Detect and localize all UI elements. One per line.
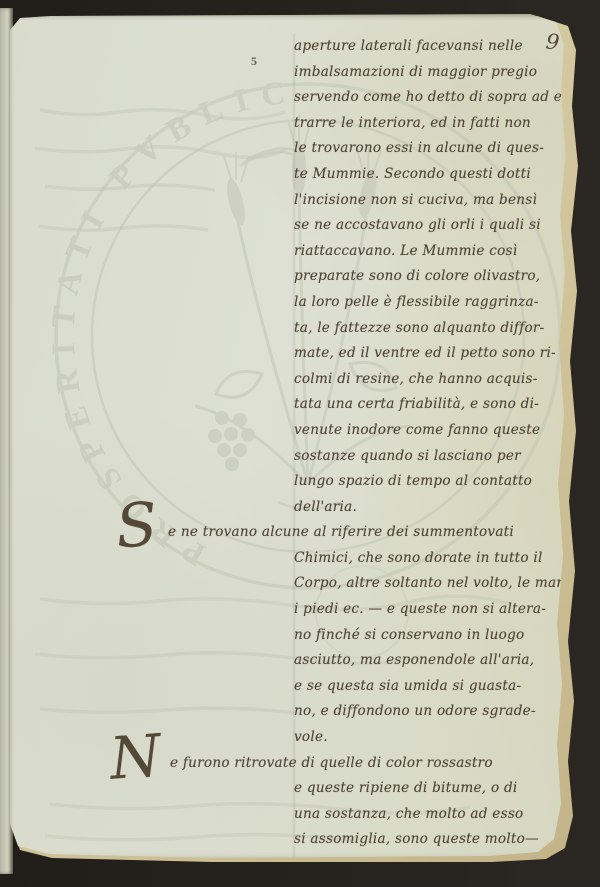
text-line: mate, ed il ventre ed il petto sono ri- — [294, 341, 570, 367]
text-line: imbalsamazioni di maggior pregio — [294, 60, 570, 86]
leaf-stamp-number: 5 — [251, 54, 257, 69]
text-line: se ne accostavano gli orli i quali si — [294, 213, 570, 239]
text-line: riattaccavano. Le Mummie così — [294, 239, 570, 265]
text-line: preparate sono di colore olivastro, — [294, 264, 570, 290]
paragraph-initial: S — [116, 525, 157, 528]
text-line: le trovarono essi in alcune di ques- — [294, 136, 570, 162]
text-line: venute inodore come fanno queste — [294, 418, 570, 444]
text-line: ta, le fattezze sono alquanto diffor- — [294, 316, 570, 342]
text-line: tata una certa friabilità, e sono di- — [294, 392, 570, 418]
text-line: e se questa sia umida si guasta- — [294, 674, 570, 700]
paragraph-first-line: S e ne trovano alcune al riferire dei su… — [142, 520, 570, 546]
text-line: una sostanza, che molto ad esso — [294, 802, 570, 828]
text-line: si assomiglia, sono queste molto— — [294, 827, 570, 853]
text-line: sostanze quando si lasciano per — [294, 444, 570, 470]
text-line: vole. — [294, 725, 570, 751]
text-line: no finché si conservano in luogo — [294, 623, 570, 649]
text-line: Corpo, altre soltanto nel volto, le mani… — [294, 571, 570, 597]
text-line: dell'aria. — [294, 495, 570, 521]
text-line: colmi di resine, che hanno acquis- — [294, 367, 570, 393]
text-line: trarre le interiora, ed in fatti non — [294, 111, 570, 137]
text-line: servendo come ho detto di sopra ad es- — [294, 85, 570, 111]
text-line: asciutto, ma esponendole all'aria, — [294, 648, 570, 674]
text-line: te Mummie. Secondo questi dotti — [294, 162, 570, 188]
text-line: Chimici, che sono dorate in tutto il — [294, 546, 570, 572]
text-line: e queste ripiene di bitume, o di — [294, 776, 570, 802]
text-line: la loro pelle è flessibile raggrinza- — [294, 290, 570, 316]
text-line: i piedi ec. — e queste non si altera- — [294, 597, 570, 623]
paragraph-initial: N — [110, 755, 161, 759]
text-line: no, e diffondono un odore sgrade- — [294, 699, 570, 725]
manuscript-page: PROSPERITATI PVBLICAE — [10, 14, 570, 858]
text-line: aperture laterali facevansi nelle — [294, 34, 570, 60]
text-line: lungo spazio di tempo al contatto — [294, 469, 570, 495]
paragraph-first-line: N e furono ritrovate di quelle di color … — [144, 751, 570, 777]
text-line: l'incisione non si cuciva, ma bensì — [294, 188, 570, 214]
handwritten-text: aperture laterali facevansi nelle imbals… — [294, 34, 570, 853]
